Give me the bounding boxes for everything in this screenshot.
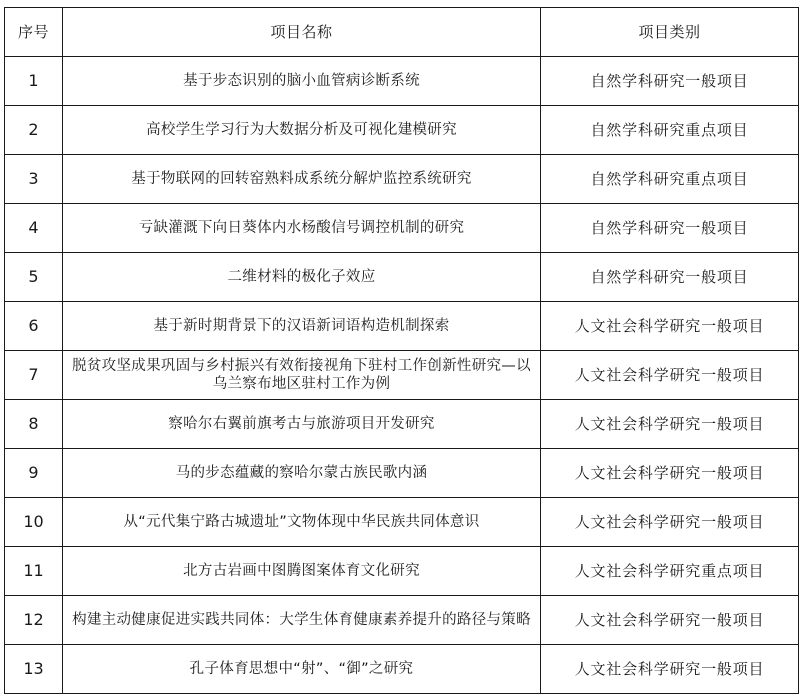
cell-project-category: 人文社会科学研究一般项目 (541, 596, 799, 645)
cell-project-name: 基于步态识别的脑小血管病诊断系统 (63, 57, 541, 106)
table-row: 1 基于步态识别的脑小血管病诊断系统 自然学科研究一般项目 (5, 57, 799, 106)
table-header-row: 序号 项目名称 项目类别 (5, 8, 799, 57)
cell-serial-number: 6 (5, 302, 63, 351)
table-row: 11 北方古岩画中图腾图案体育文化研究 人文社会科学研究重点项目 (5, 547, 799, 596)
table-row: 12 构建主动健康促进实践共同体：大学生体育健康素养提升的路径与策略 人文社会科… (5, 596, 799, 645)
cell-project-category: 自然学科研究一般项目 (541, 204, 799, 253)
cell-serial-number: 8 (5, 400, 63, 449)
cell-project-name: 从“元代集宁路古城遗址”文物体现中华民族共同体意识 (63, 498, 541, 547)
cell-serial-number: 11 (5, 547, 63, 596)
cell-project-category: 人文社会科学研究重点项目 (541, 547, 799, 596)
header-serial-number: 序号 (5, 8, 63, 57)
cell-serial-number: 1 (5, 57, 63, 106)
cell-serial-number: 10 (5, 498, 63, 547)
cell-project-name: 察哈尔右翼前旗考古与旅游项目开发研究 (63, 400, 541, 449)
project-list-table: 序号 项目名称 项目类别 1 基于步态识别的脑小血管病诊断系统 自然学科研究一般… (4, 7, 799, 694)
cell-serial-number: 12 (5, 596, 63, 645)
cell-project-category: 人文社会科学研究一般项目 (541, 645, 799, 694)
cell-project-category: 人文社会科学研究一般项目 (541, 351, 799, 400)
table-row: 6 基于新时期背景下的汉语新词语构造机制探索 人文社会科学研究一般项目 (5, 302, 799, 351)
table-row: 3 基于物联网的回转窑熟料成系统分解炉监控系统研究 自然学科研究重点项目 (5, 155, 799, 204)
cell-serial-number: 7 (5, 351, 63, 400)
cell-project-category: 自然学科研究重点项目 (541, 155, 799, 204)
table-row: 10 从“元代集宁路古城遗址”文物体现中华民族共同体意识 人文社会科学研究一般项… (5, 498, 799, 547)
cell-project-category: 人文社会科学研究一般项目 (541, 302, 799, 351)
cell-project-name: 基于物联网的回转窑熟料成系统分解炉监控系统研究 (63, 155, 541, 204)
table-row: 9 马的步态蕴藏的察哈尔蒙古族民歌内涵 人文社会科学研究一般项目 (5, 449, 799, 498)
cell-serial-number: 4 (5, 204, 63, 253)
cell-project-name: 高校学生学习行为大数据分析及可视化建模研究 (63, 106, 541, 155)
table-row: 7 脱贫攻坚成果巩固与乡村振兴有效衔接视角下驻村工作创新性研究—以乌兰察布地区驻… (5, 351, 799, 400)
cell-project-name: 脱贫攻坚成果巩固与乡村振兴有效衔接视角下驻村工作创新性研究—以乌兰察布地区驻村工… (63, 351, 541, 400)
cell-project-name: 构建主动健康促进实践共同体：大学生体育健康素养提升的路径与策略 (63, 596, 541, 645)
project-list-table-container: 序号 项目名称 项目类别 1 基于步态识别的脑小血管病诊断系统 自然学科研究一般… (4, 7, 798, 694)
cell-project-category: 自然学科研究一般项目 (541, 57, 799, 106)
cell-project-category: 人文社会科学研究一般项目 (541, 449, 799, 498)
header-project-category: 项目类别 (541, 8, 799, 57)
cell-project-name: 马的步态蕴藏的察哈尔蒙古族民歌内涵 (63, 449, 541, 498)
cell-serial-number: 3 (5, 155, 63, 204)
cell-serial-number: 13 (5, 645, 63, 694)
cell-serial-number: 5 (5, 253, 63, 302)
table-row: 13 孔子体育思想中“射”、“御”之研究 人文社会科学研究一般项目 (5, 645, 799, 694)
cell-project-name: 亏缺灌溉下向日葵体内水杨酸信号调控机制的研究 (63, 204, 541, 253)
table-row: 4 亏缺灌溉下向日葵体内水杨酸信号调控机制的研究 自然学科研究一般项目 (5, 204, 799, 253)
cell-project-category: 人文社会科学研究一般项目 (541, 400, 799, 449)
table-row: 8 察哈尔右翼前旗考古与旅游项目开发研究 人文社会科学研究一般项目 (5, 400, 799, 449)
cell-serial-number: 2 (5, 106, 63, 155)
cell-project-name: 二维材料的极化子效应 (63, 253, 541, 302)
cell-project-name: 基于新时期背景下的汉语新词语构造机制探索 (63, 302, 541, 351)
cell-project-category: 自然学科研究一般项目 (541, 253, 799, 302)
cell-project-name: 孔子体育思想中“射”、“御”之研究 (63, 645, 541, 694)
header-project-name: 项目名称 (63, 8, 541, 57)
cell-project-name: 北方古岩画中图腾图案体育文化研究 (63, 547, 541, 596)
cell-project-category: 人文社会科学研究一般项目 (541, 498, 799, 547)
table-row: 5 二维材料的极化子效应 自然学科研究一般项目 (5, 253, 799, 302)
cell-project-category: 自然学科研究重点项目 (541, 106, 799, 155)
cell-serial-number: 9 (5, 449, 63, 498)
table-row: 2 高校学生学习行为大数据分析及可视化建模研究 自然学科研究重点项目 (5, 106, 799, 155)
